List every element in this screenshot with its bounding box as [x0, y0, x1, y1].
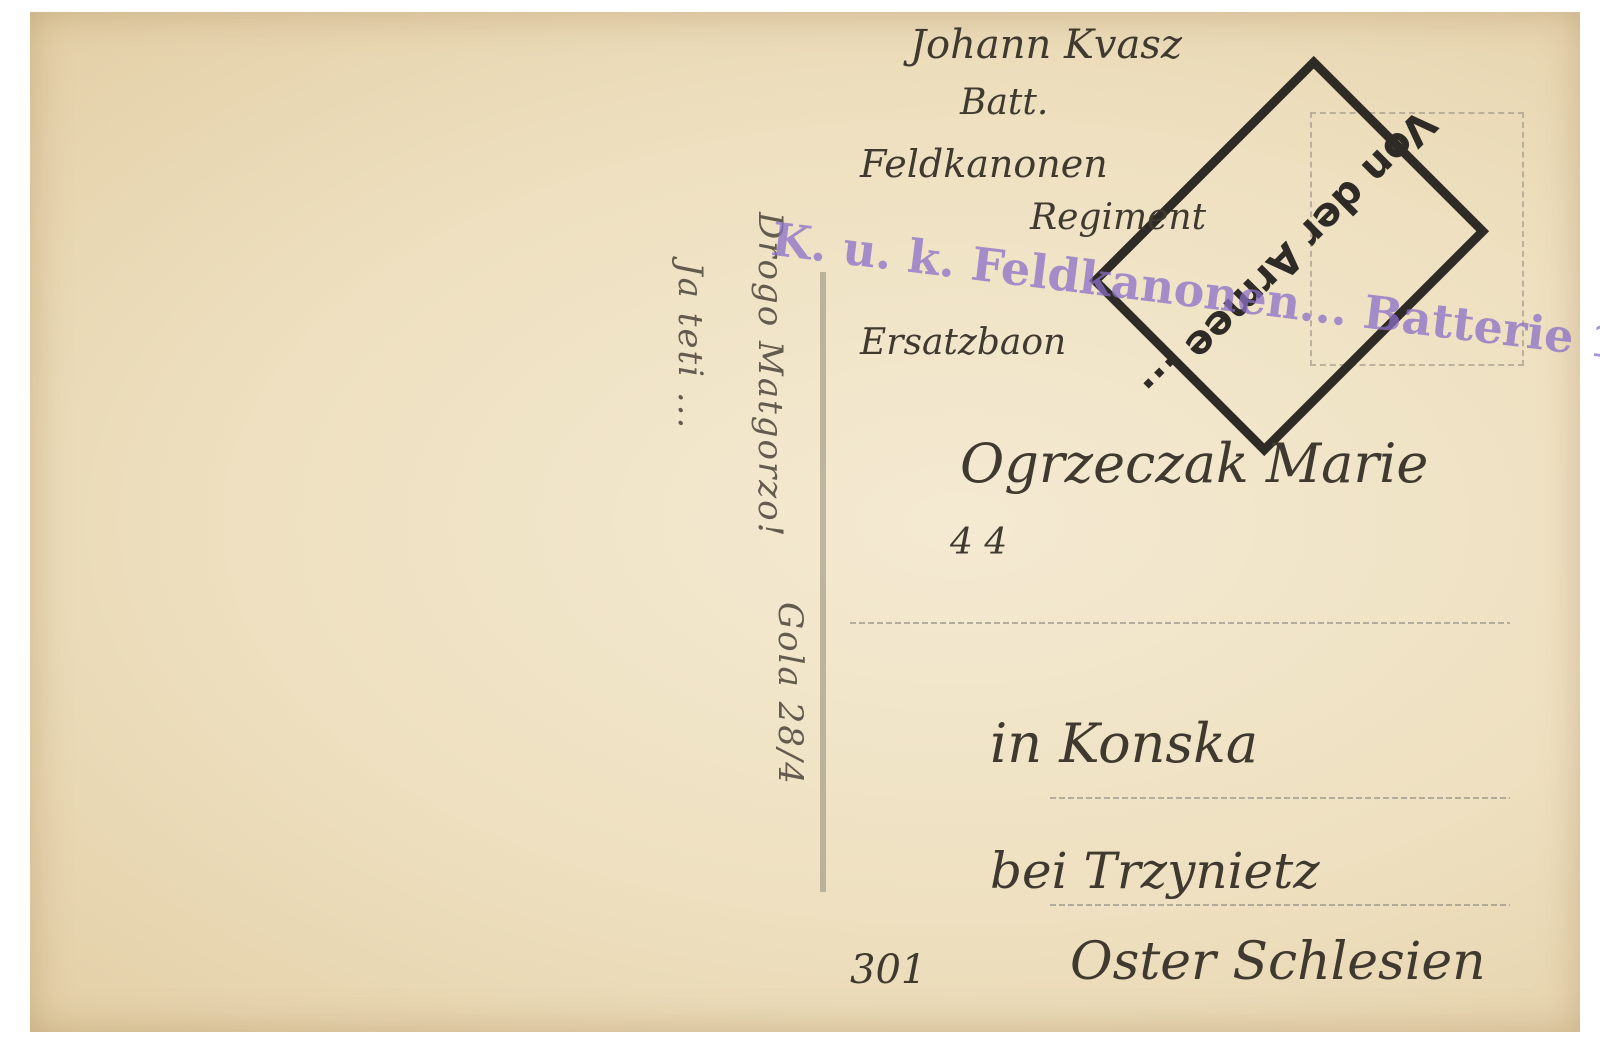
recipient-number: 301: [850, 947, 926, 993]
sender-line: Regiment: [1030, 197, 1206, 238]
postcard: Drogo Matgorzo! Ja teti ... Gola 28/4 Vo…: [30, 12, 1580, 1032]
recipient-line: Oster Schlesien: [1070, 932, 1486, 992]
address-rule: [850, 622, 1510, 624]
recipient-line: in Konska: [990, 712, 1258, 775]
sender-line: Ersatzbaon: [860, 322, 1066, 363]
sender-line: Batt.: [960, 82, 1048, 123]
recipient-name: Ogrzeczak Marie: [960, 432, 1428, 495]
sender-name: Johann Kvasz: [910, 22, 1182, 68]
sender-line: Feldkanonen: [860, 142, 1108, 186]
handwritten-message: Drogo Matgorzo! Ja teti ... Gola 28/4: [90, 42, 810, 1022]
recipient-line: 4 4: [950, 522, 1007, 563]
divider-line: [820, 272, 826, 892]
address-rule: [1050, 797, 1510, 799]
address-rule: [1050, 904, 1510, 906]
message-date: Gola 28/4: [770, 602, 810, 786]
recipient-line: bei Trzynietz: [990, 842, 1320, 900]
message-line: Ja teti ...: [670, 262, 710, 430]
